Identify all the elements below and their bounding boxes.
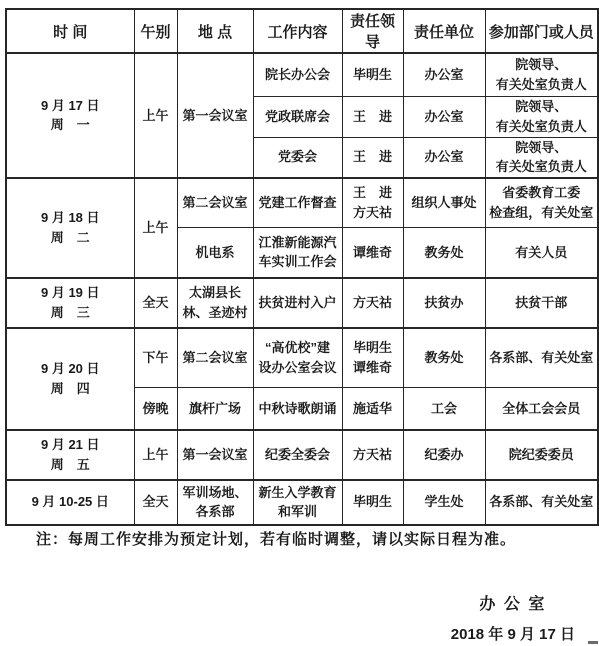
table-row: 9 月 21 日 周 五 上午 第一会议室 纪委全委会 方天祜 纪委办 院纪委委…	[6, 430, 598, 480]
cell-unit: 办公室	[403, 53, 485, 96]
col-header-work-content: 工作内容	[253, 9, 342, 53]
signature-office: 办 公 室	[451, 591, 575, 614]
col-header-location: 地 点	[177, 9, 253, 53]
col-header-responsible-unit: 责任单位	[403, 9, 485, 53]
cell-date: 9 月 18 日 周 二	[6, 178, 134, 278]
schedule-table: 时 间 午别 地 点 工作内容 责任领导 责任单位 参加部门或人员 9 月 17…	[5, 8, 599, 526]
cell-session: 傍晚	[134, 388, 177, 430]
cell-location: 机电系	[177, 228, 253, 278]
cell-leader: 王 进	[342, 96, 403, 137]
cell-participants: 各系部、有关处室	[485, 328, 598, 388]
cell-date: 9 月 19 日 周 三	[6, 278, 134, 328]
signature-date: 2018 年 9 月 17 日	[451, 623, 575, 644]
cell-location: 军训场地、 各系部	[177, 480, 253, 525]
cell-session: 上午	[134, 430, 177, 480]
cell-unit: 工会	[403, 388, 485, 430]
cell-leader: 毕明生	[342, 480, 403, 525]
cell-participants: 院领导、 有关处室负责人	[485, 53, 598, 96]
cell-location: 第二会议室	[177, 328, 253, 388]
cell-unit: 扶贫办	[403, 278, 485, 328]
cell-participants: 省委教育工委 检查组，有关处室	[485, 178, 598, 228]
cell-session: 上午	[134, 53, 177, 178]
cell-participants: 各系部、有关处室	[485, 480, 598, 525]
cell-location: 第一会议室	[177, 53, 253, 178]
cell-session: 全天	[134, 278, 177, 328]
cell-date: 9 月 21 日 周 五	[6, 430, 134, 480]
cell-unit: 教务处	[403, 328, 485, 388]
col-header-time: 时 间	[6, 9, 134, 53]
cell-leader: 王 进	[342, 137, 403, 178]
cell-participants: 院纪委委员	[485, 430, 598, 480]
cell-work: “高优校”建 设办公室会议	[253, 328, 342, 388]
cell-session: 下午	[134, 328, 177, 388]
cell-leader: 方天祜	[342, 430, 403, 480]
cell-participants: 有关人员	[485, 228, 598, 278]
col-header-participants: 参加部门或人员	[485, 9, 598, 53]
cell-unit: 教务处	[403, 228, 485, 278]
cell-session: 全天	[134, 480, 177, 525]
table-row: 9 月 20 日 周 四 下午 第二会议室 “高优校”建 设办公室会议 毕明生 …	[6, 328, 598, 388]
cell-work: 纪委全委会	[253, 430, 342, 480]
cell-work: 中秋诗歌朗诵	[253, 388, 342, 430]
cell-leader: 毕明生	[342, 53, 403, 96]
cell-unit: 学生处	[403, 480, 485, 525]
cell-work: 院长办公会	[253, 53, 342, 96]
stray-mark	[588, 641, 598, 644]
cell-date: 9 月 20 日 周 四	[6, 328, 134, 430]
cell-location: 第一会议室	[177, 430, 253, 480]
signature-block: 办 公 室 2018 年 9 月 17 日	[451, 591, 575, 644]
cell-date: 9 月 17 日 周 一	[6, 53, 134, 178]
cell-location: 旗杆广场	[177, 388, 253, 430]
cell-leader: 谭维奇	[342, 228, 403, 278]
cell-date: 9 月 10-25 日	[6, 480, 134, 525]
table-row: 9 月 10-25 日 全天 军训场地、 各系部 新生入学教育 和军训 毕明生 …	[6, 480, 598, 525]
cell-unit: 办公室	[403, 137, 485, 178]
cell-unit: 纪委办	[403, 430, 485, 480]
cell-location: 第二会议室	[177, 178, 253, 228]
col-header-session: 午别	[134, 9, 177, 53]
cell-leader: 王 进 方天祜	[342, 178, 403, 228]
cell-work: 扶贫进村入户	[253, 278, 342, 328]
cell-participants: 扶贫干部	[485, 278, 598, 328]
cell-location: 太湖县长 林、圣迹村	[177, 278, 253, 328]
cell-participants: 院领导、 有关处室负责人	[485, 96, 598, 137]
cell-leader: 毕明生 谭维奇	[342, 328, 403, 388]
schedule-page: 时 间 午别 地 点 工作内容 责任领导 责任单位 参加部门或人员 9 月 17…	[0, 0, 599, 646]
cell-participants: 全体工会会员	[485, 388, 598, 430]
table-row: 9 月 18 日 周 二 上午 第二会议室 党建工作督查 王 进 方天祜 组织人…	[6, 178, 598, 228]
cell-work: 党政联席会	[253, 96, 342, 137]
table-row: 9 月 19 日 周 三 全天 太湖县长 林、圣迹村 扶贫进村入户 方天祜 扶贫…	[6, 278, 598, 328]
cell-leader: 方天祜	[342, 278, 403, 328]
cell-work: 江淮新能源汽 车实训工作会	[253, 228, 342, 278]
cell-work: 新生入学教育 和军训	[253, 480, 342, 525]
cell-unit: 组织人事处	[403, 178, 485, 228]
table-row: 9 月 17 日 周 一 上午 第一会议室 院长办公会 毕明生 办公室 院领导、…	[6, 53, 598, 96]
cell-work: 党建工作督查	[253, 178, 342, 228]
cell-leader: 施适华	[342, 388, 403, 430]
col-header-responsible-leader: 责任领导	[342, 9, 403, 53]
header-row: 时 间 午别 地 点 工作内容 责任领导 责任单位 参加部门或人员	[6, 9, 598, 53]
cell-work: 党委会	[253, 137, 342, 178]
schedule-note: 注：每周工作安排为预定计划，若有临时调整，请以实际日程为准。	[36, 528, 516, 549]
cell-unit: 办公室	[403, 96, 485, 137]
cell-participants: 院领导、 有关处室负责人	[485, 137, 598, 178]
cell-session: 上午	[134, 178, 177, 278]
